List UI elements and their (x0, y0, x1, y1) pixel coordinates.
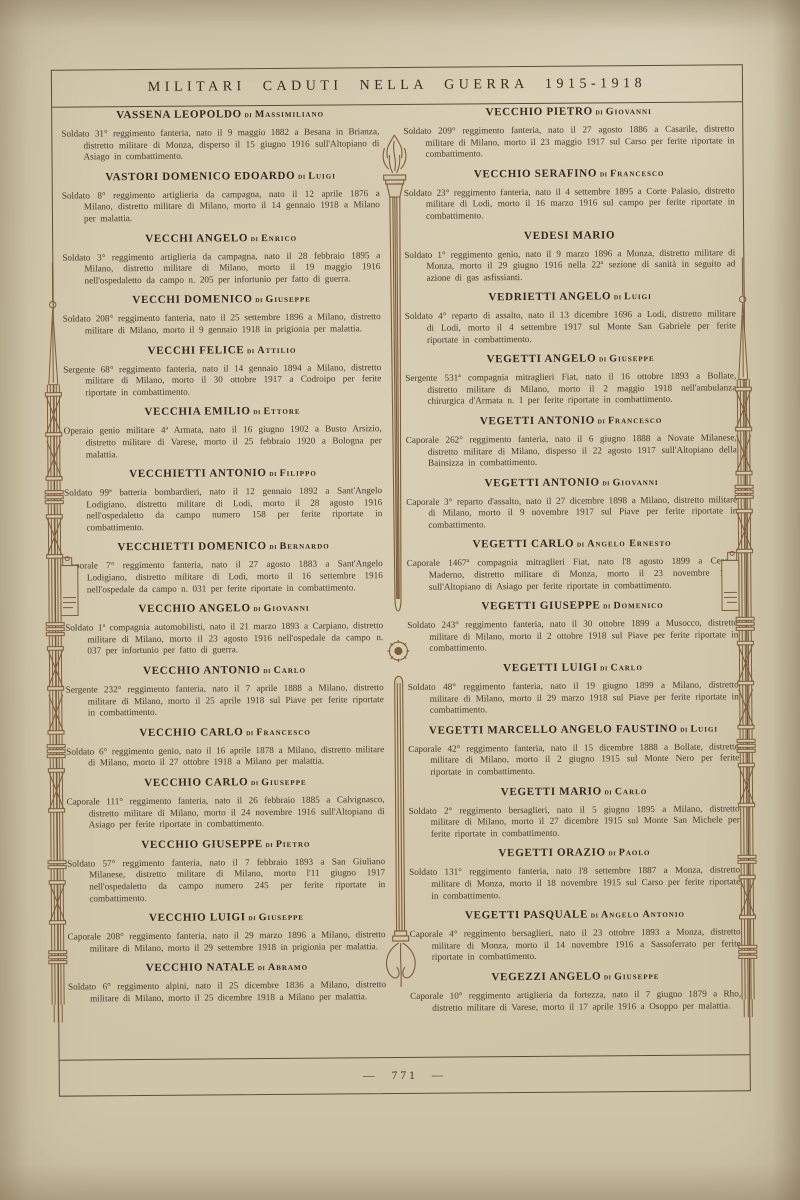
soldier-name-heading: VECCHIETTI ANTONIO di Filippo (64, 466, 382, 481)
soldier-name-heading: VECCHIO GIUSEPPE di Pietro (67, 837, 385, 852)
soldier-name-heading: VEGETTI ORAZIO di Paolo (409, 846, 740, 862)
father-name: Bernardo (280, 541, 330, 552)
di-particle: di (600, 601, 613, 611)
soldier-entry: VEGEZZI ANGELO di GiuseppeCaporale 10° r… (410, 969, 741, 1014)
soldier-name-heading: VECCHIETTI DOMENICO di Bernardo (65, 540, 383, 555)
di-particle: di (263, 839, 276, 849)
soldier-record-text: Operaio genio militare 4ª Armata, nato i… (64, 423, 382, 460)
soldier-entry: VEDRIETTI ANGELO di LuigiSoldato 4° repa… (405, 290, 736, 346)
page-number: — 771 — (363, 1069, 446, 1082)
soldier-record-text: Soldato 31° reggimento fanteria, nato il… (61, 126, 379, 163)
soldier-name-heading: VEGETTI ANTONIO di Giovanni (406, 475, 737, 491)
soldier-name-heading: VEGETTI MARCELLO ANGELO FAUSTINO di Luig… (408, 722, 739, 738)
father-name: Carlo (610, 662, 643, 673)
soldier-name: VEDESI MARIO (524, 229, 615, 242)
father-name: Francesco (256, 727, 310, 738)
soldier-name: VECCHIO NATALE (146, 961, 255, 974)
father-name: Pietro (276, 838, 311, 849)
lance-icon (717, 257, 773, 1017)
soldier-name: VEGETTI LUIGI (503, 661, 597, 674)
father-name: Luigi (308, 170, 336, 181)
soldier-record-text: Soldato 131° reggimento fanteria, nato l… (409, 865, 740, 902)
soldier-name-heading: VEGETTI GIUSEPPE di Domenico (407, 599, 738, 615)
di-particle: di (574, 539, 587, 549)
father-name: Giovanni (613, 477, 659, 488)
di-particle: di (248, 777, 261, 787)
soldier-entry: VECCHIO GIUSEPPE di PietroSoldato 57° re… (67, 837, 386, 905)
soldier-name-heading: VEDESI MARIO (404, 228, 735, 244)
soldier-record-text: Caporale 208° reggimento fanteria, nato … (68, 929, 386, 955)
soldier-name-heading: VEGETTI MARIO di Carlo (408, 784, 739, 800)
father-name: Giovanni (264, 603, 310, 614)
soldier-name: VEGETTI ANGELO (487, 353, 597, 366)
soldier-entry: VECCHIETTI DOMENICO di BernardoCaporale … (65, 540, 383, 596)
soldier-name: VASSENA LEOPOLDO (116, 108, 242, 121)
soldier-name: VEGETTI MARIO (501, 785, 602, 798)
father-name: Carlo (274, 665, 307, 676)
soldier-record-text: Caporale 111° reggimento fanteria, nato … (67, 794, 385, 831)
di-particle: di (242, 109, 255, 119)
soldier-entry: VEGETTI ANTONIO di GiovanniCaporale 3° r… (406, 475, 737, 531)
father-name: Giovanni (606, 106, 652, 117)
di-particle: di (600, 477, 613, 487)
di-particle: di (678, 724, 691, 734)
father-name: Francesco (608, 415, 662, 426)
father-name: Giuseppe (259, 912, 304, 923)
soldier-record-text: Soldato 48° reggimento fanteria, nato il… (408, 679, 739, 716)
soldier-entry: VECCHIO CARLO di GiuseppeCaporale 111° r… (66, 775, 384, 831)
soldier-name-heading: VECCHIO SERAFINO di Francesco (404, 166, 735, 182)
di-particle: di (251, 406, 264, 416)
soldier-name-heading: VECCHI FELICE di Attilio (63, 343, 381, 358)
soldier-name-heading: VEGETTI CARLO di Angelo Ernesto (407, 537, 738, 553)
soldier-record-text: Soldato 6° reggimento alpini, nato il 25… (68, 979, 386, 1005)
soldier-name: VECCHI FELICE (148, 344, 245, 357)
di-particle: di (596, 353, 609, 363)
soldier-entry: VECCHIA EMILIO di EttoreOperaio genio mi… (63, 404, 381, 460)
di-particle: di (588, 910, 601, 920)
di-particle: di (295, 170, 308, 180)
father-name: Filippo (280, 468, 317, 479)
father-name: Giuseppe (609, 353, 654, 364)
soldier-entry: VASTORI DOMENICO EDOARDO di LuigiSoldato… (62, 169, 380, 225)
soldier-name-heading: VEGEZZI ANGELO di Giuseppe (410, 969, 741, 985)
soldier-entry: VECCHIO PIETRO di GiovanniSoldato 209° r… (403, 104, 734, 160)
soldier-name-heading: VECCHIO CARLO di Francesco (66, 725, 384, 740)
di-particle: di (255, 962, 268, 972)
father-name: Ettore (263, 406, 300, 417)
di-particle: di (602, 786, 615, 796)
soldier-entry: VEGETTI ANTONIO di FrancescoCaporale 262… (406, 413, 737, 469)
soldier-name-heading: VECCHI DOMENICO di Giuseppe (63, 292, 381, 307)
di-particle: di (267, 468, 280, 478)
di-particle: di (597, 662, 610, 672)
soldier-entry: VEDESI MARIOSoldato 1° reggimento genio,… (404, 228, 735, 284)
soldier-name-heading: VEGETTI ANTONIO di Francesco (406, 413, 737, 429)
soldier-name: VECCHIO SERAFINO (474, 167, 597, 180)
soldier-record-text: Soldato 8° reggimento artiglieria da cam… (62, 188, 380, 225)
soldier-name-heading: VASSENA LEOPOLDO di Massimiliano (61, 107, 379, 122)
soldier-entry: VEGETTI LUIGI di CarloSoldato 48° reggim… (407, 660, 738, 716)
right-column: VECCHIO PIETRO di GiovanniSoldato 209° r… (403, 104, 741, 1022)
soldier-name-heading: VECCHIO PIETRO di Giovanni (403, 104, 734, 120)
soldier-name: VECCHIO PIETRO (486, 105, 593, 118)
soldier-entry: VASSENA LEOPOLDO di MassimilianoSoldato … (61, 107, 379, 163)
father-name: Enrico (261, 232, 297, 243)
di-particle: di (267, 541, 280, 551)
di-particle: di (261, 665, 274, 675)
soldier-name-heading: VEGETTI LUIGI di Carlo (407, 660, 738, 676)
di-particle: di (601, 971, 614, 981)
soldier-record-text: Caporale 42° reggimento fanteria, nato i… (408, 741, 739, 778)
soldier-name-heading: VEGETTI ANGELO di Giuseppe (405, 351, 736, 367)
soldier-name: VECCHIO LUIGI (149, 911, 246, 924)
soldier-name: VECCHIETTI ANTONIO (129, 467, 266, 480)
soldier-entry: VEGETTI MARCELLO ANGELO FAUSTINO di Luig… (408, 722, 739, 778)
father-name: Massimiliano (255, 109, 324, 121)
soldier-name: VEGETTI GIUSEPPE (481, 600, 600, 613)
footer-band: — 771 — (60, 1054, 750, 1095)
soldier-record-text: Sergente 531ª compagnia mitraglieri Fiat… (405, 370, 736, 407)
soldier-record-text: Soldato 1ª compagnia automobilisti, nato… (65, 620, 383, 657)
father-name: Attilio (257, 344, 296, 355)
soldier-name-heading: VECCHI ANGELO di Enrico (62, 231, 380, 246)
father-name: Carlo (615, 786, 648, 797)
father-name: Abramo (268, 962, 308, 973)
soldier-entry: VEGETTI MARIO di CarloSoldato 2° reggime… (408, 784, 739, 840)
di-particle: di (595, 415, 608, 425)
soldier-entry: VEGETTI PASQUALE di Angelo AntonioCapora… (409, 907, 740, 963)
soldier-name: VECCHIO ANGELO (138, 602, 250, 615)
soldier-record-text: Soldato 6° reggimento genio, nato il 16 … (66, 744, 384, 770)
soldier-entry: VECCHI DOMENICO di GiuseppeSoldato 208° … (63, 292, 381, 337)
soldier-record-text: Soldato 99ª batteria bombardieri, nato i… (64, 485, 382, 534)
soldier-name: VECCHIO CARLO (139, 726, 243, 739)
page-title: MILITARI CADUTI NELLA GUERRA 1915-1918 (148, 76, 646, 96)
di-particle: di (597, 168, 610, 178)
soldier-name-heading: VECCHIO ANGELO di Giovanni (65, 601, 383, 616)
soldier-entry: VECCHIO ANGELO di GiovanniSoldato 1ª com… (65, 601, 383, 657)
soldier-name-heading: VEGETTI PASQUALE di Angelo Antonio (409, 907, 740, 923)
soldier-name-heading: VEDRIETTI ANGELO di Luigi (405, 290, 736, 306)
soldier-record-text: Soldato 208° reggimento fanteria, nato i… (63, 311, 381, 337)
soldier-entry: VEGETTI GIUSEPPE di DomenicoSoldato 243°… (407, 599, 738, 655)
soldier-name-heading: VECCHIO CARLO di Giuseppe (66, 775, 384, 790)
father-name: Angelo Antonio (601, 909, 685, 921)
lance-icon (27, 263, 83, 1023)
soldier-name: VECCHIO CARLO (144, 776, 248, 789)
soldier-name: VECCHIA EMILIO (144, 405, 250, 418)
father-name: Francesco (610, 168, 664, 179)
father-name: Luigi (690, 723, 718, 734)
di-particle: di (611, 292, 624, 302)
di-particle: di (248, 233, 261, 243)
soldier-entry: VECCHIO NATALE di AbramoSoldato 6° reggi… (68, 960, 386, 1005)
soldier-record-text: Caporale 7° reggimento fanteria, nato il… (65, 559, 383, 596)
father-name: Giuseppe (265, 294, 310, 305)
soldier-entry: VECCHIETTI ANTONIO di FilippoSoldato 99ª… (64, 466, 383, 534)
soldier-entry: VEGETTI ANGELO di GiuseppeSergente 531ª … (405, 351, 736, 407)
soldier-record-text: Caporale 4° reggimento bersaglieri, nato… (410, 926, 741, 963)
di-particle: di (243, 727, 256, 737)
torch-icon (374, 131, 421, 1003)
di-particle: di (593, 106, 606, 116)
father-name: Giuseppe (261, 777, 306, 788)
torch-column-ornament (374, 131, 421, 1003)
soldier-entry: VEGETTI CARLO di Angelo ErnestoCaporale … (407, 537, 738, 593)
soldier-name-heading: VECCHIO LUIGI di Giuseppe (67, 910, 385, 925)
soldier-name: VEGETTI ANTONIO (485, 476, 600, 489)
soldier-name: VECCHIO ANTONIO (143, 664, 261, 677)
father-name: Paolo (619, 847, 651, 858)
father-name: Luigi (624, 291, 652, 302)
soldier-entry: VECCHIO LUIGI di GiuseppeCaporale 208° r… (67, 910, 385, 955)
right-lance-ornament (717, 257, 773, 1017)
soldier-record-text: Caporale 262° reggimento fanteria, nato … (406, 432, 737, 469)
soldier-name-heading: VASTORI DOMENICO EDOARDO di Luigi (62, 169, 380, 184)
soldier-record-text: Caporale 1467ª compagnia mitraglieri Fia… (407, 556, 738, 593)
soldier-entry: VECCHI FELICE di AttilioSergente 68° reg… (63, 343, 381, 399)
soldier-record-text: Sergente 232° reggimento fanteria, nato … (66, 682, 384, 719)
soldier-name: VEGETTI PASQUALE (465, 909, 588, 922)
father-name: Domenico (613, 600, 663, 611)
di-particle: di (606, 848, 619, 858)
soldier-name: VECCHI ANGELO (145, 232, 248, 245)
soldier-record-text: Soldato 2° reggimento bersaglieri, nato … (409, 803, 740, 840)
soldier-record-text: Soldato 3° reggimento artiglieria da cam… (62, 250, 380, 287)
soldier-entry: VECCHIO ANTONIO di CarloSergente 232° re… (66, 663, 384, 719)
left-column: VASSENA LEOPOLDO di MassimilianoSoldato … (61, 107, 386, 1013)
soldier-name: VEGETTI ORAZIO (498, 847, 605, 860)
soldier-entry: VECCHI ANGELO di EnricoSoldato 3° reggim… (62, 231, 380, 287)
soldier-entry: VECCHIO CARLO di FrancescoSoldato 6° reg… (66, 725, 384, 770)
soldier-record-text: Soldato 1° reggimento genio, nato il 9 m… (404, 247, 735, 284)
di-particle: di (244, 345, 257, 355)
soldier-name: VEGETTI CARLO (473, 538, 575, 551)
soldier-record-text: Soldato 57° reggimento fanteria, nato il… (67, 856, 385, 905)
soldier-name: VEGEZZI ANGELO (491, 970, 601, 983)
soldier-record-text: Soldato 209° reggimento fanteria, nato i… (403, 123, 734, 160)
soldier-record-text: Caporale 3° reparto d'assalto, nato il 2… (406, 494, 737, 531)
soldier-name: VECCHIETTI DOMENICO (117, 541, 266, 554)
soldier-entry: VEGETTI ORAZIO di PaoloSoldato 131° regg… (409, 846, 740, 902)
scan-tilt-wrapper: MILITARI CADUTI NELLA GUERRA 1915-1918 V… (0, 0, 800, 1200)
soldier-name: VEGETTI MARCELLO ANGELO FAUSTINO (429, 723, 678, 737)
soldier-name: VEDRIETTI ANGELO (488, 291, 611, 304)
di-particle: di (246, 912, 259, 922)
soldier-record-text: Soldato 243° reggimento fanteria, nato i… (407, 618, 738, 655)
father-name: Giuseppe (614, 971, 659, 982)
running-header: MILITARI CADUTI NELLA GUERRA 1915-1918 (52, 65, 742, 107)
soldier-record-text: Soldato 4° reparto di assalto, nato il 1… (405, 309, 736, 346)
soldier-name-heading: VECCHIA EMILIO di Ettore (63, 404, 381, 419)
soldier-name-heading: VECCHIO NATALE di Abramo (68, 960, 386, 975)
soldier-name: VEGETTI ANTONIO (480, 414, 595, 427)
di-particle: di (253, 294, 266, 304)
di-particle: di (251, 603, 264, 613)
father-name: Angelo Ernesto (587, 538, 671, 550)
soldier-record-text: Sergente 68° reggimento fanteria, nato i… (63, 362, 381, 399)
soldier-entry: VECCHIO SERAFINO di FrancescoSoldato 23°… (404, 166, 735, 222)
soldier-record-text: Caporale 10° reggimento artiglieria da f… (410, 988, 741, 1014)
soldier-record-text: Soldato 23° reggimento fanteria, nato il… (404, 185, 735, 222)
soldier-name: VASTORI DOMENICO EDOARDO (105, 170, 295, 183)
soldier-name-heading: VECCHIO ANTONIO di Carlo (66, 663, 384, 678)
left-lance-ornament (27, 263, 83, 1023)
soldier-name: VECCHIO GIUSEPPE (141, 838, 263, 851)
soldier-name: VECCHI DOMENICO (132, 293, 252, 306)
